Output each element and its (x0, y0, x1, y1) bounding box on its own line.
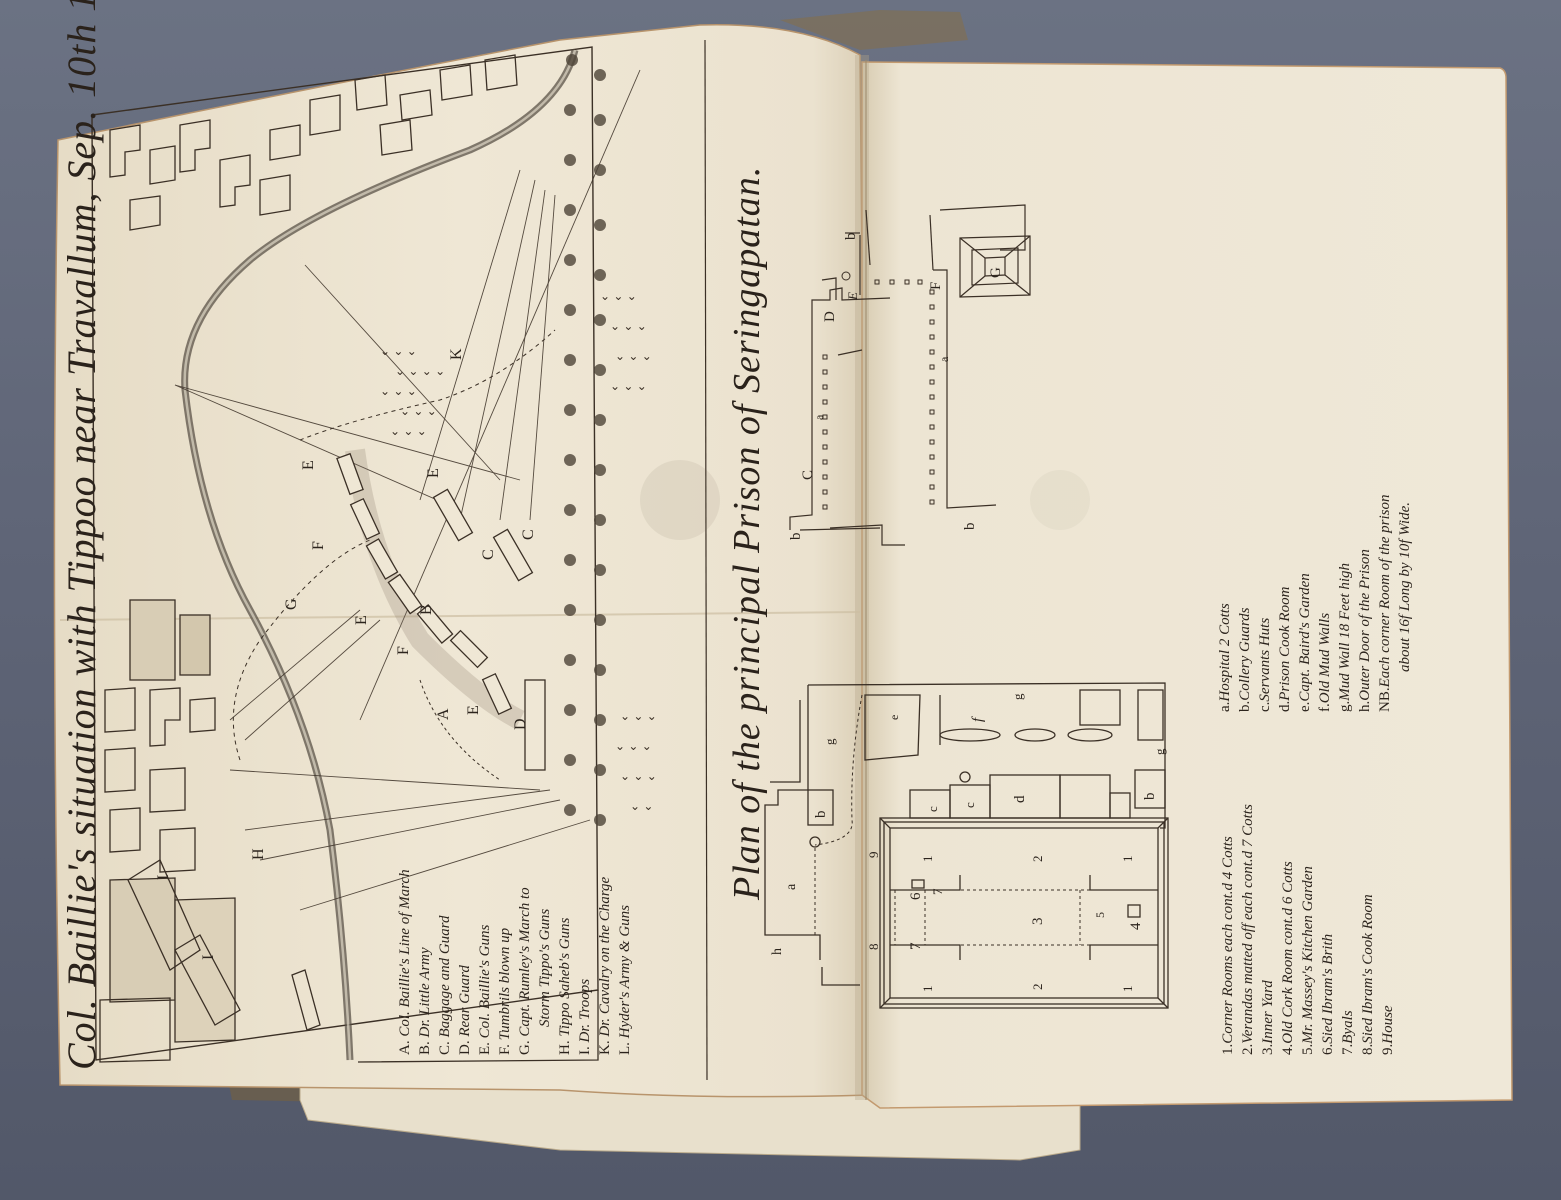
map-label-e: E (425, 468, 443, 478)
room-label-c: c (962, 802, 978, 808)
plan-label-b: b (843, 233, 860, 241)
legend-row: K. Dr. Cavalry on the Charge (595, 725, 615, 1055)
plan-label-g: G (988, 267, 1005, 278)
svg-text:⌄ ⌄ ⌄: ⌄ ⌄ ⌄ (610, 319, 647, 333)
map-label-e: E (465, 705, 483, 715)
plan-label-b: b (962, 523, 979, 531)
svg-text:⌄ ⌄ ⌄ ⌄: ⌄ ⌄ ⌄ ⌄ (395, 364, 445, 378)
legend-row: 1.Corner Rooms each cont.d 4 Cotts (1218, 715, 1238, 1055)
legend-row: 2.Verandas matted off each cont.d 7 Cott… (1238, 715, 1258, 1055)
legend-row: B. Dr. Little Army (415, 725, 435, 1055)
legend-row: 7.Byals (1338, 715, 1358, 1055)
legend-row: e.Capt. Baird's Garden (1295, 372, 1315, 712)
legend-row: A. Col. Baillie's Line of March (395, 725, 415, 1055)
room-label-b: b (1142, 793, 1159, 801)
legend-row: H. Tippo Saheb's Guns (555, 725, 575, 1055)
room-label-7: 7 (930, 889, 946, 896)
room-label-g: g (1152, 749, 1168, 756)
room-label-8: 8 (866, 944, 882, 951)
map-label-i: I (155, 875, 173, 880)
svg-text:⌄ ⌄ ⌄: ⌄ ⌄ ⌄ (380, 344, 417, 358)
room-label-b: b (813, 811, 830, 819)
legend-row: a.Hospital 2 Cotts (1215, 372, 1235, 712)
legend-row: h.Outer Door of the Prison (1355, 372, 1375, 712)
room-label-c: c (925, 806, 941, 812)
legend-row: g.Mud Wall 18 Feet high (1335, 372, 1355, 712)
plan-label-c: C (800, 470, 817, 480)
left-plate-title: Col. Baillie's situation with Tippoo nea… (58, 0, 105, 1070)
map-label-f: F (310, 541, 328, 550)
legend-row: 6.Sied Ibram's Brith (1318, 715, 1338, 1055)
legend-row: 9.House (1378, 715, 1398, 1055)
legend-row: I. Dr. Troops (575, 725, 595, 1055)
room-label-h: h (770, 948, 786, 955)
room-label-2: 2 (1030, 984, 1046, 991)
legend-row: 3.Inner Yard (1258, 715, 1278, 1055)
map-label-b: B (418, 604, 436, 615)
room-label-1: 1 (920, 856, 936, 863)
svg-text:⌄ ⌄ ⌄: ⌄ ⌄ ⌄ (615, 349, 652, 363)
svg-text:⌄ ⌄ ⌄: ⌄ ⌄ ⌄ (380, 384, 417, 398)
legend-row: D. Rear Guard (455, 725, 475, 1055)
plan-label-f: F (928, 282, 945, 290)
map-label-c: C (520, 529, 538, 540)
legend-row: Storm Tippo's Guns (535, 725, 555, 1055)
plan-label-b: b (788, 533, 805, 541)
map-label-i: I (200, 955, 218, 960)
plan-label-e: E (845, 292, 861, 300)
prison-lettered-legend: a.Hospital 2 Cotts b.Collery Guards c.Se… (1215, 372, 1415, 712)
room-label-f: f (970, 718, 987, 722)
prison-numbered-legend: 1.Corner Rooms each cont.d 4 Cotts 2.Ver… (1218, 715, 1398, 1055)
map-label-e: E (353, 615, 371, 625)
legend-row: 5.Mr. Massey's Kitchen Garden (1298, 715, 1318, 1055)
map-label-d: D (512, 718, 530, 730)
svg-text:⌄ ⌄ ⌄: ⌄ ⌄ ⌄ (400, 404, 437, 418)
legend-row: NB.Each corner Room of the prison (1375, 372, 1395, 712)
legend-row: E. Col. Baillie's Guns (475, 725, 495, 1055)
room-label-6: 6 (908, 893, 925, 901)
room-label-1: 1 (920, 986, 936, 993)
room-label-7: 7 (908, 943, 925, 951)
left-plate-legend: A. Col. Baillie's Line of March B. Dr. L… (395, 725, 635, 1055)
room-label-g: g (1010, 694, 1026, 701)
svg-text:⌄ ⌄ ⌄: ⌄ ⌄ ⌄ (600, 289, 637, 303)
room-label-1: 1 (1120, 986, 1136, 993)
plan-label-a: a (937, 357, 952, 362)
plan-label-a: a (812, 415, 827, 420)
room-label-2: 2 (1030, 856, 1046, 863)
room-label-e: e (887, 715, 902, 720)
plan-label-d: D (822, 311, 839, 322)
legend-row: about 16f Long by 10f Wide. (1395, 372, 1415, 712)
room-label-5: 5 (1093, 912, 1108, 918)
svg-text:⌄ ⌄ ⌄: ⌄ ⌄ ⌄ (610, 379, 647, 393)
map-label-k: K (448, 348, 466, 360)
room-label-1: 1 (1120, 856, 1136, 863)
room-label-3: 3 (1030, 918, 1047, 926)
svg-text:⌄ ⌄ ⌄: ⌄ ⌄ ⌄ (620, 709, 657, 723)
room-label-a: a (784, 884, 800, 890)
right-plate-title: Plan of the principal Prison of Seringap… (725, 166, 769, 900)
legend-row: 4.Old Cork Room cont.d 6 Cotts (1278, 715, 1298, 1055)
legend-row: L. Hyder's Army & Guns (615, 725, 635, 1055)
legend-row: G. Capt. Rumley's March to (515, 725, 535, 1055)
map-label-e: E (300, 460, 318, 470)
legend-row: 8.Sied Ibram's Cook Room (1358, 715, 1378, 1055)
room-label-d: d (1012, 796, 1029, 804)
room-label-9: 9 (866, 852, 882, 859)
map-label-a: A (435, 708, 453, 720)
legend-row: f.Old Mud Walls (1315, 372, 1335, 712)
legend-row: c.Servants Huts (1255, 372, 1275, 712)
legend-row: C. Baggage and Guard (435, 725, 455, 1055)
map-label-g: G (283, 598, 301, 610)
legend-row: b.Collery Guards (1235, 372, 1255, 712)
legend-row: d.Prison Cook Room (1275, 372, 1295, 712)
room-label-g: g (822, 739, 838, 746)
svg-text:⌄ ⌄ ⌄: ⌄ ⌄ ⌄ (390, 424, 427, 438)
legend-row: F. Tumbrils blown up (495, 725, 515, 1055)
room-label-4: 4 (1128, 923, 1145, 931)
map-label-f: F (395, 646, 413, 655)
map-label-c: C (480, 549, 498, 560)
map-label-h: H (250, 848, 268, 860)
